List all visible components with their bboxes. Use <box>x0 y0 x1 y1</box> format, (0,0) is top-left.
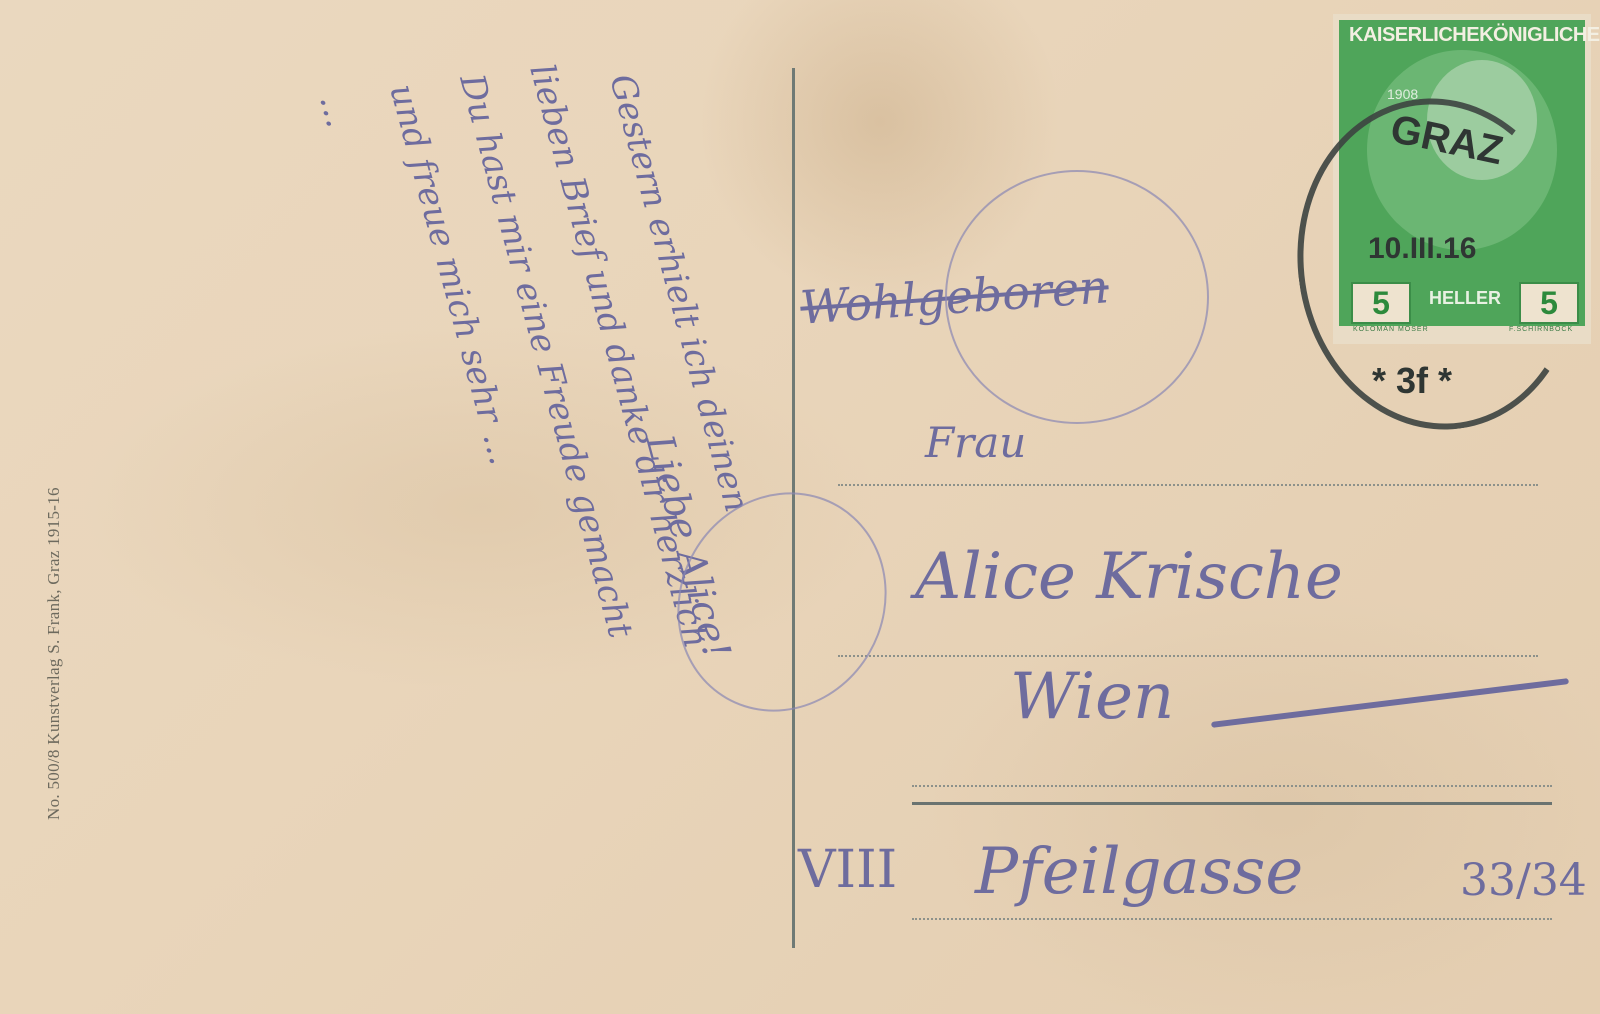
address-line-5 <box>912 918 1552 920</box>
address-line-3 <box>912 785 1552 787</box>
postmark-code: * 3f * <box>1372 360 1452 402</box>
postcard-back: No. 500/8 Kunstverlag S. Frank, Graz 191… <box>0 0 1600 1014</box>
city-underline-stroke <box>1211 678 1569 728</box>
address-line-2 <box>838 655 1538 657</box>
address-district: VIII <box>798 840 897 900</box>
message-line: ... <box>311 90 358 132</box>
address-city: Wien <box>1010 660 1174 734</box>
address-line-4 <box>912 802 1552 805</box>
address-street: Pfeilgasse <box>975 835 1303 909</box>
address-line-1 <box>838 484 1538 486</box>
address-title: Frau <box>925 418 1026 467</box>
address-number: 33/34 <box>1460 855 1587 906</box>
postmark-date: 10.III.16 <box>1368 232 1476 266</box>
address-name: Alice Krische <box>915 540 1343 614</box>
stamp-ring-text-top: KAISERLICHEKÖNIGLICHE <box>1349 24 1600 47</box>
pencil-loop <box>945 170 1209 424</box>
publisher-imprint: No. 500/8 Kunstverlag S. Frank, Graz 191… <box>44 487 64 820</box>
